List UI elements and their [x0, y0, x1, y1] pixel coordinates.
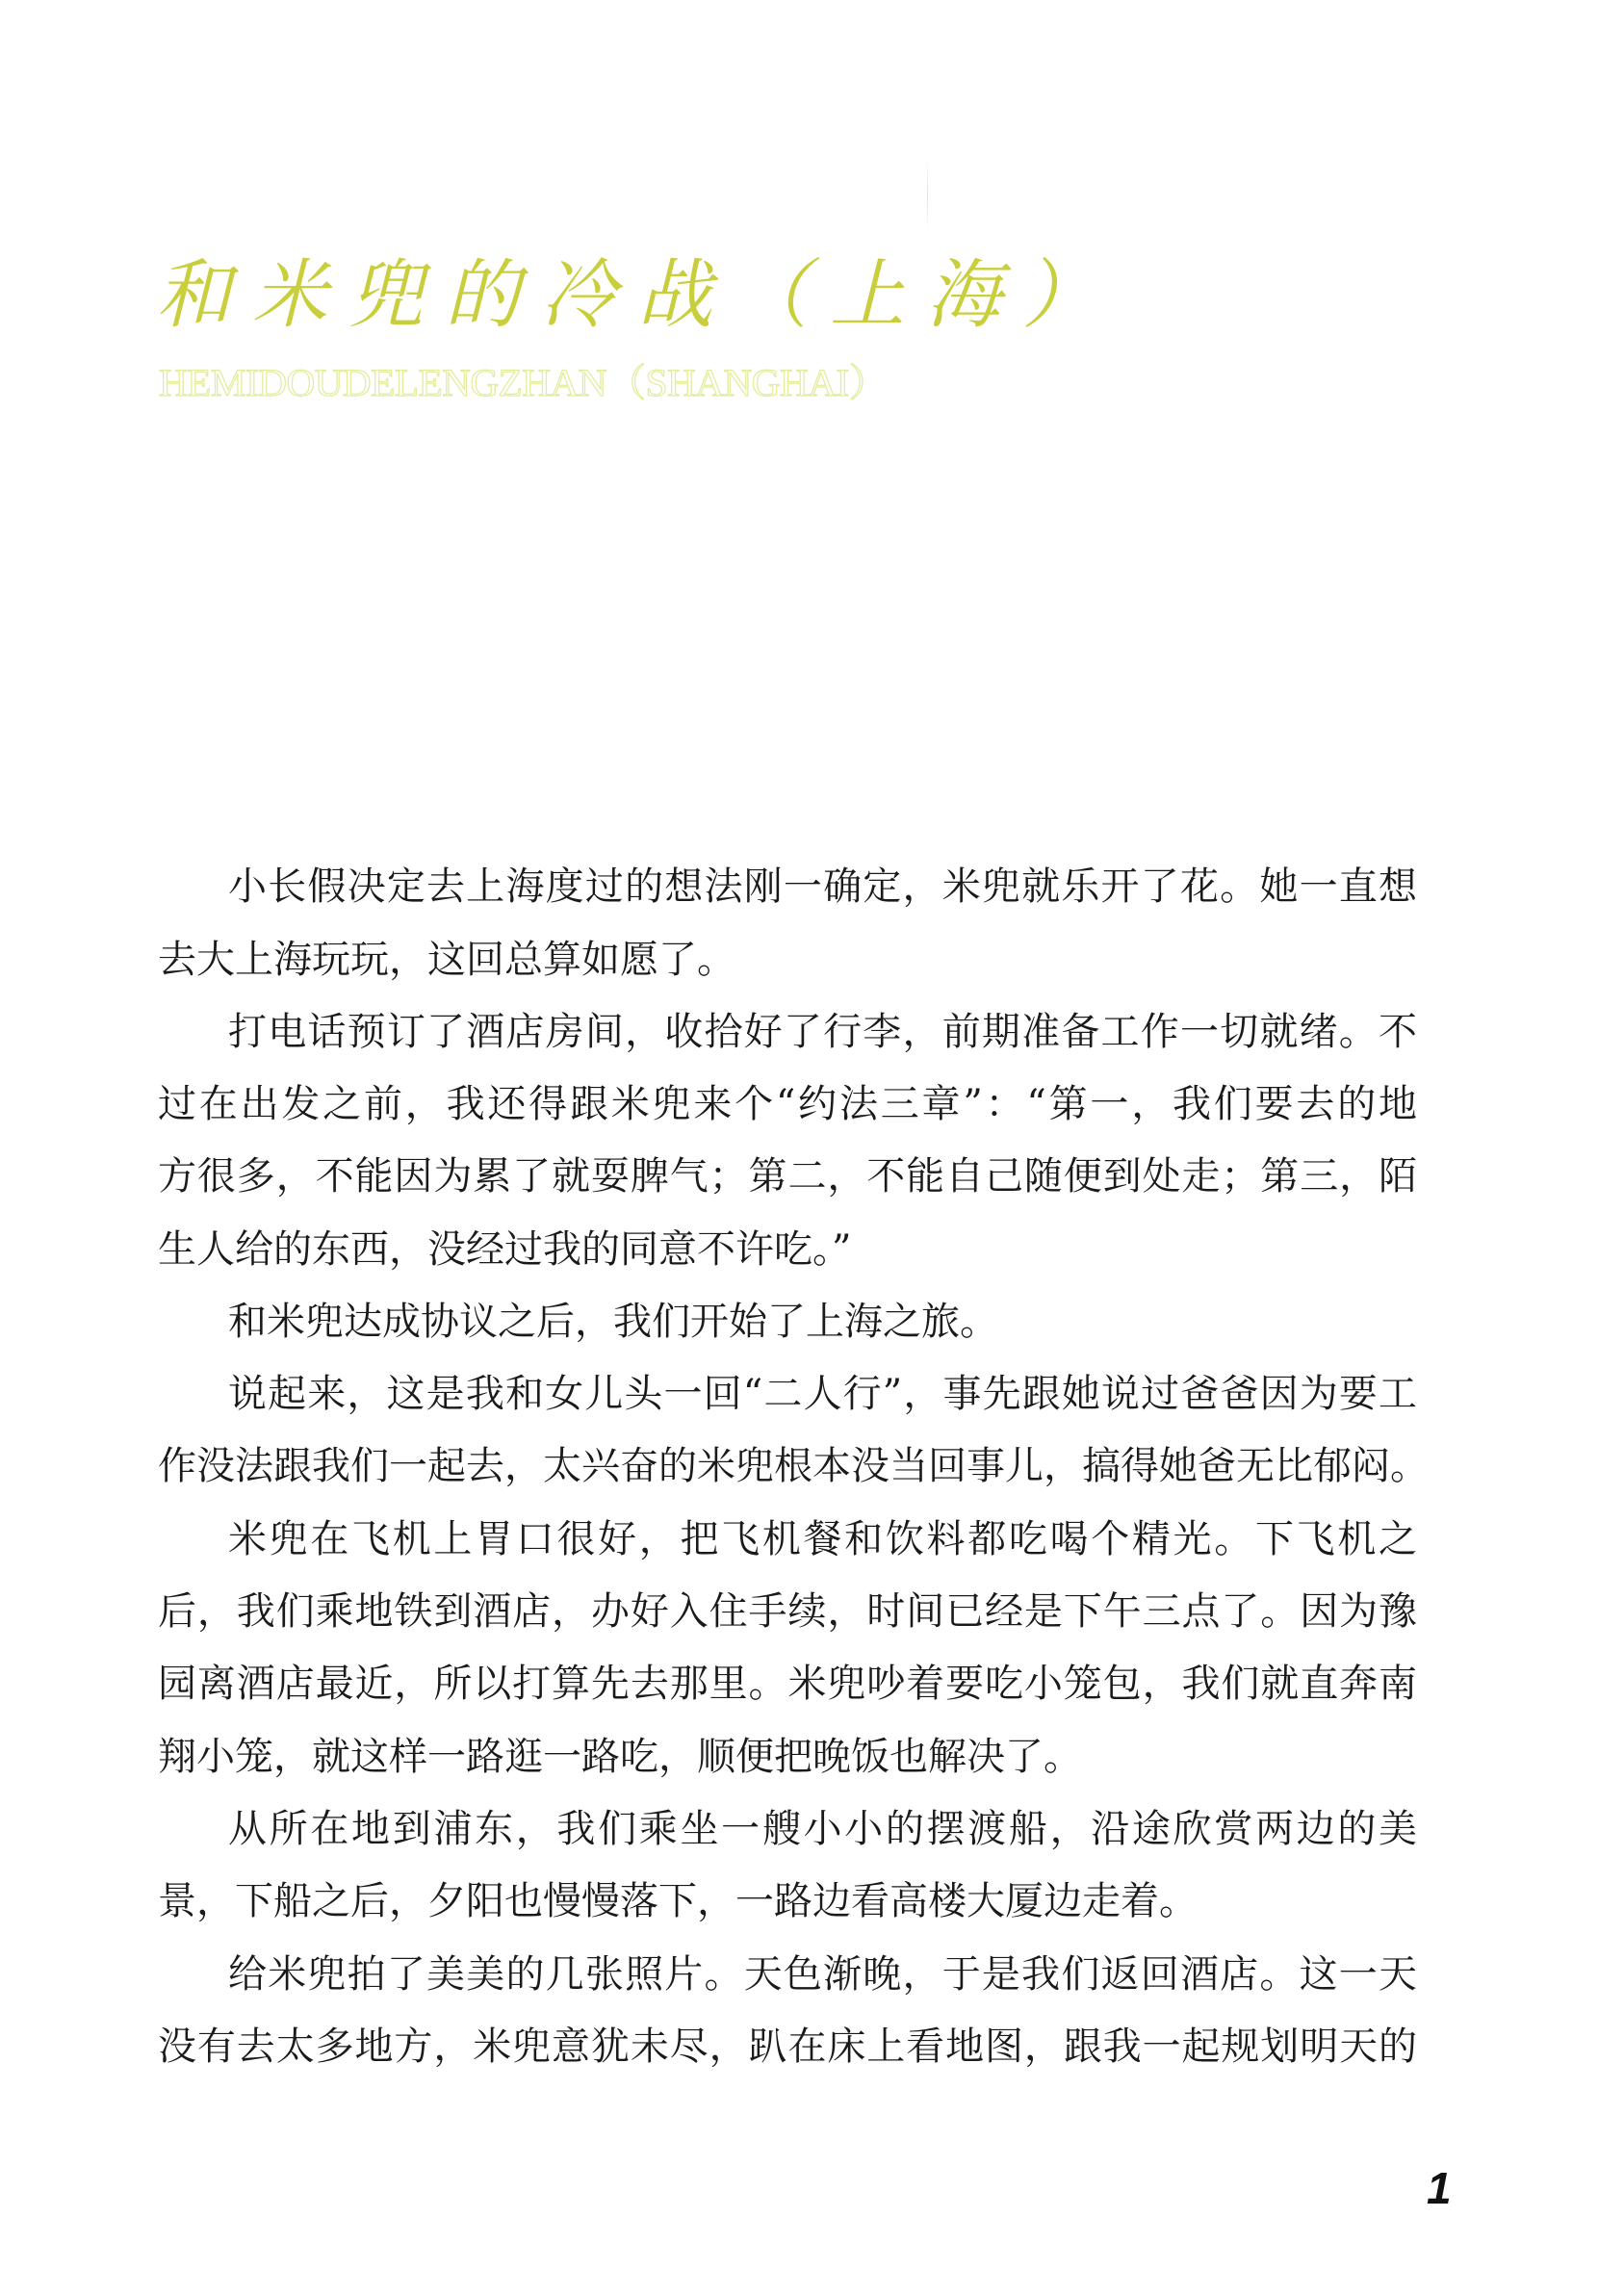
page-number: 1: [1427, 2162, 1452, 2214]
text-line: 给米兜拍了美美的几张照片。天色渐晚，于是我们返回酒店。这一天: [228, 1950, 1417, 1998]
text-line: 没有去太多地方，米兜意犹未尽，趴在床上看地图，跟我一起规划明天的: [158, 2023, 1417, 2071]
text-line: 作没法跟我们一起去，太兴奋的米兜根本没当回事儿，搞得她爸无比郁闷。: [158, 1442, 1429, 1490]
scan-artifact-line: [927, 159, 928, 231]
text-line: 园离酒店最近，所以打算先去那里。米兜吵着要吃小笼包，我们就直奔南: [158, 1660, 1417, 1708]
text-line: 小长假决定去上海度过的想法刚一确定，米兜就乐开了花。她一直想: [228, 863, 1417, 911]
text-line: 过在出发之前，我还得跟米兜来个“约法三章”：“第一，我们要去的地: [158, 1080, 1417, 1128]
text-line: 方很多，不能因为累了就耍脾气；第二，不能自己随便到处走；第三，陌: [158, 1152, 1417, 1200]
chapter-title: 和米兜的冷战（上海）: [156, 243, 1119, 348]
text-line: 生人给的东西，没经过我的同意不许吃。”: [158, 1225, 851, 1274]
book-page: 和米兜的冷战（上海） HEMIDOUDELENGZHAN（SHANGHAI） 小…: [0, 0, 1624, 2295]
text-line: 米兜在飞机上胃口很好，把飞机餐和饮料都吃喝个精光。下飞机之: [228, 1515, 1417, 1563]
text-line: 说起来，这是我和女儿头一回“二人行”，事先跟她说过爸爸因为要工: [228, 1370, 1417, 1418]
text-line: 景，下船之后，夕阳也慢慢落下，一路边看高楼大厦边走着。: [158, 1877, 1198, 1925]
chapter-subtitle-pinyin: HEMIDOUDELENGZHAN（SHANGHAI）: [159, 362, 888, 404]
text-line: 后，我们乘地铁到酒店，办好入住手续，时间已经是下午三点了。因为豫: [158, 1587, 1417, 1636]
text-line: 翔小笼，就这样一路逛一路吃，顺便把晚饭也解决了。: [158, 1733, 1082, 1781]
text-line: 打电话预订了酒店房间，收拾好了行李，前期准备工作一切就绪。不: [228, 1008, 1417, 1056]
text-line: 和米兜达成协议之后，我们开始了上海之旅。: [228, 1298, 998, 1346]
text-line: 从所在地到浦东，我们乘坐一艘小小的摆渡船，沿途欣赏两边的美: [228, 1805, 1417, 1853]
text-line: 去大上海玩玩，这回总算如愿了。: [158, 936, 735, 984]
